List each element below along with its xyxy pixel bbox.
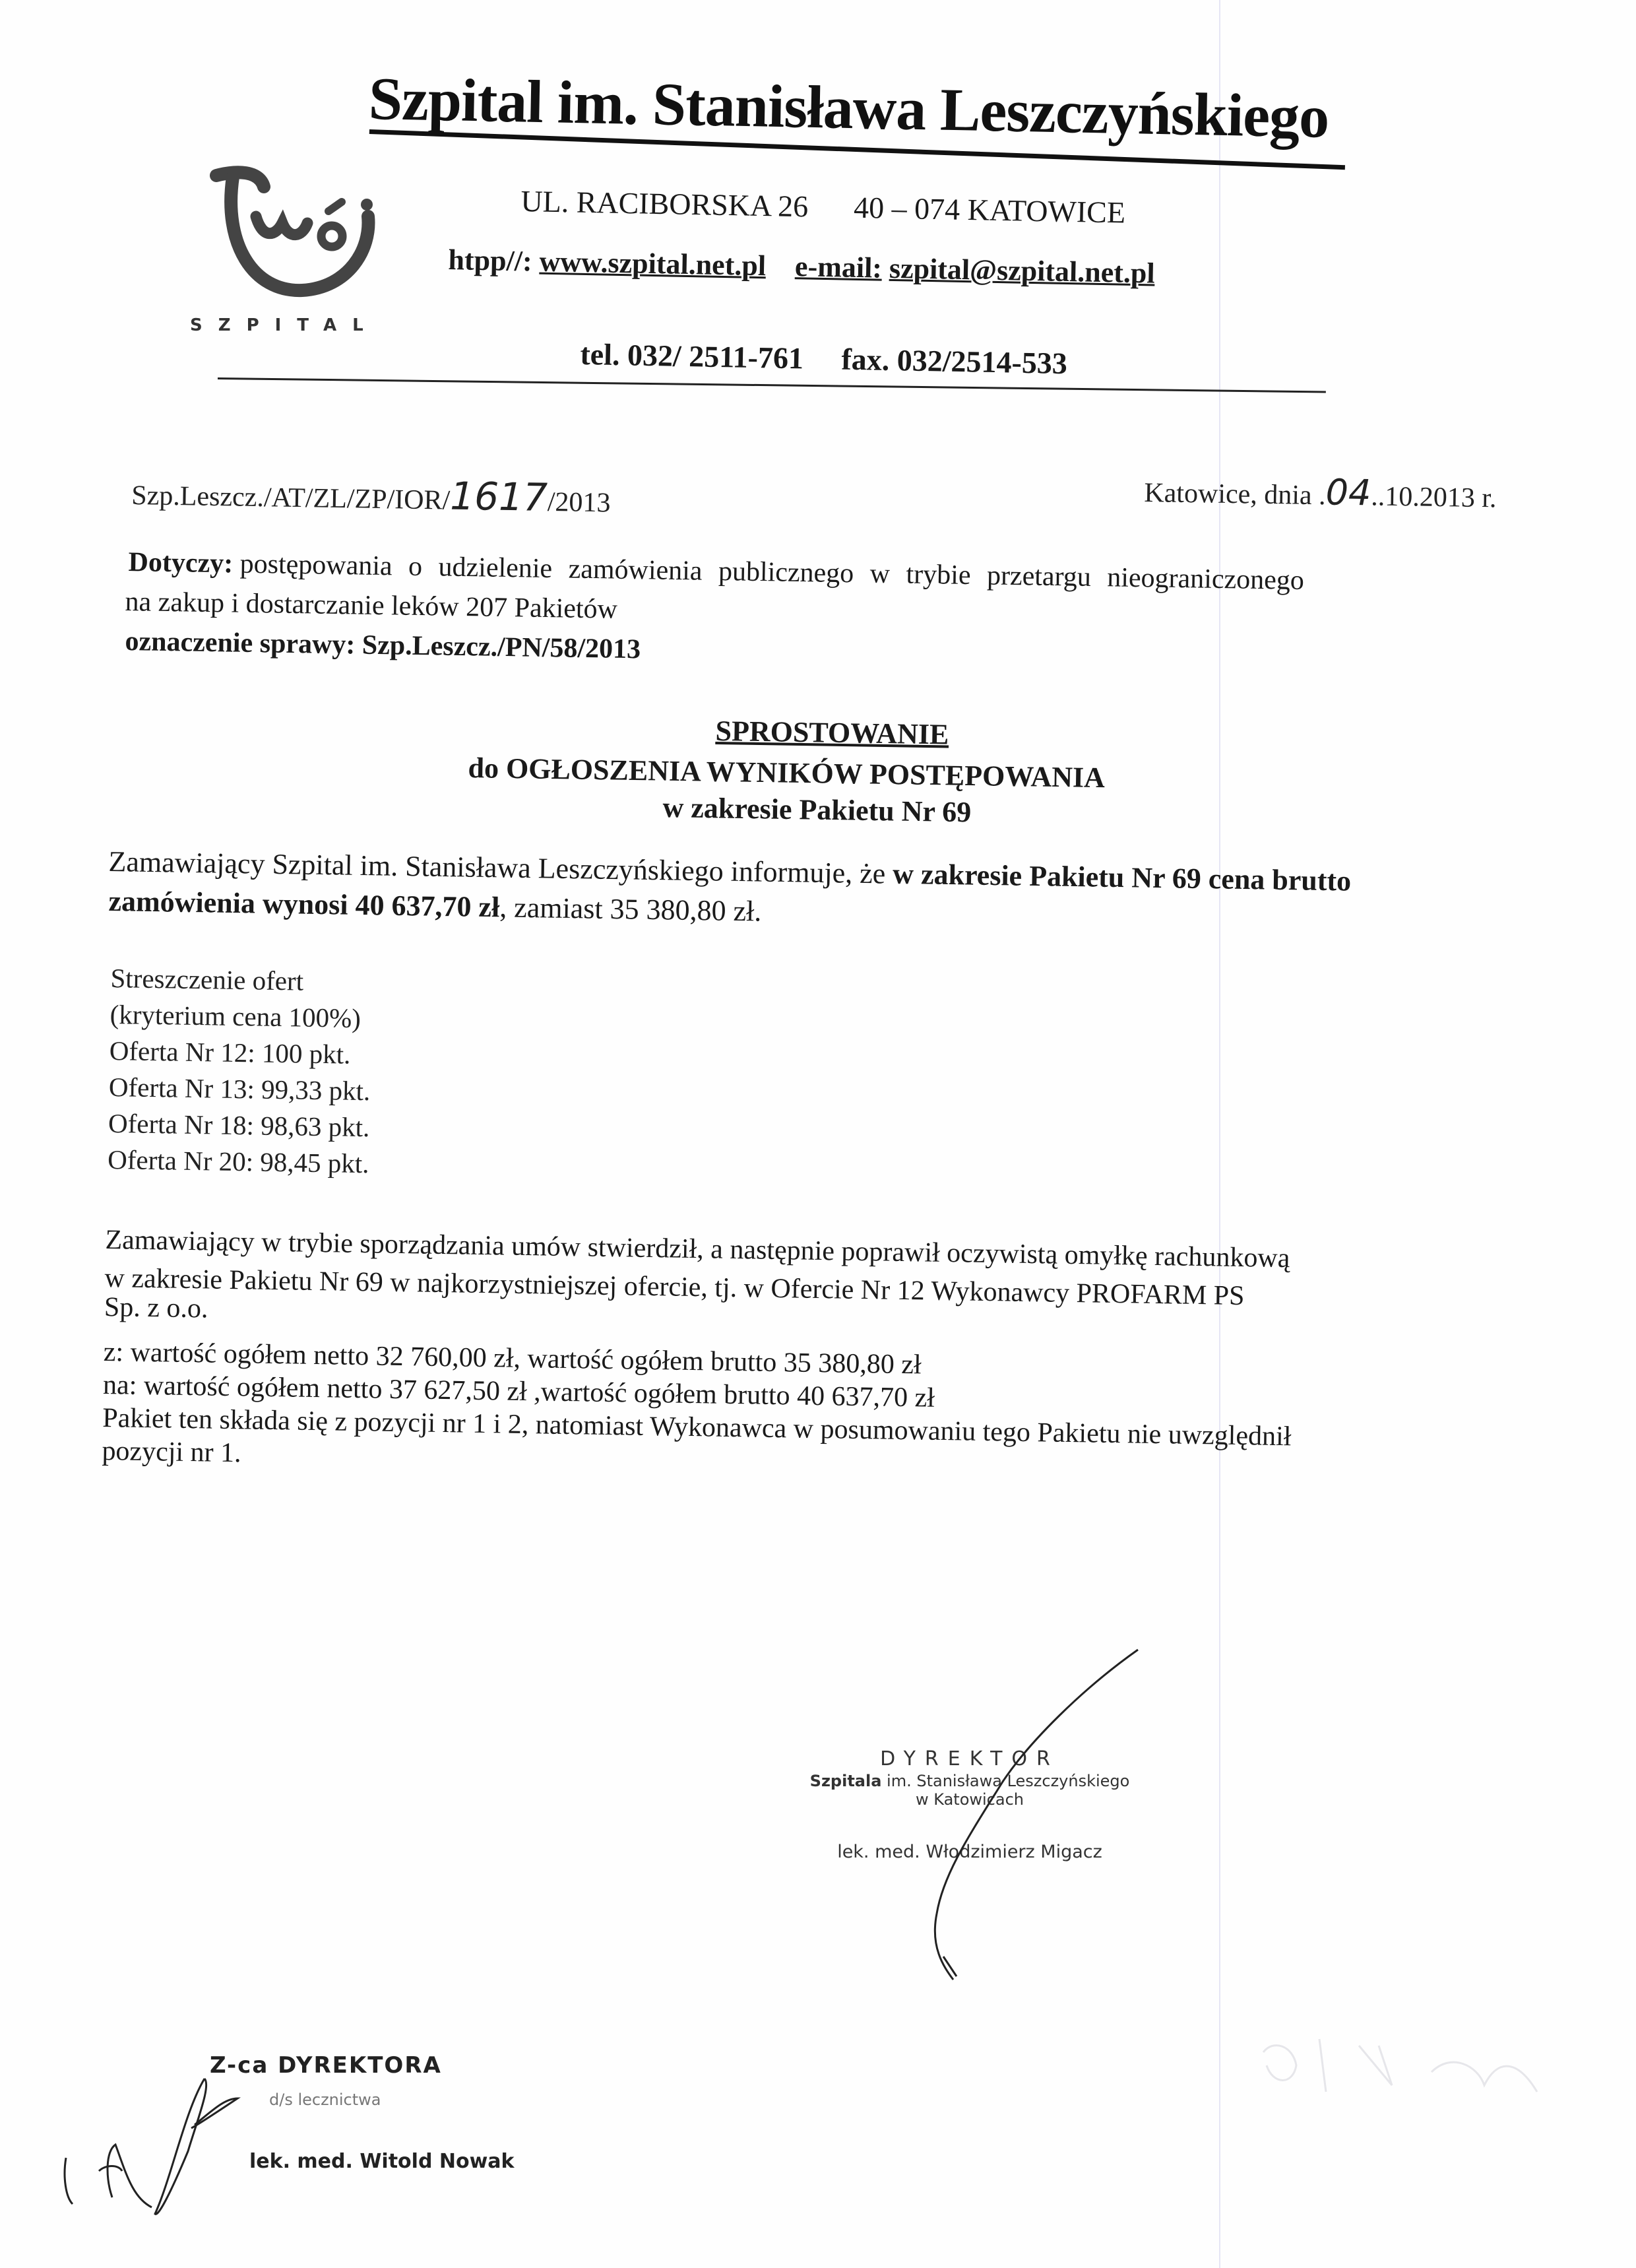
correction-bold-2: zamówienia wynosi 40 637,70 zł bbox=[108, 885, 499, 923]
deputy-name: lek. med. Witold Nowak bbox=[249, 2150, 515, 2173]
phone-fax: tel. 032/ 2511-761 fax. 032/2514-533 bbox=[580, 337, 1067, 381]
document-title: SPROSTOWANIE bbox=[715, 714, 949, 752]
date-prefix: Katowice, dnia . bbox=[1144, 478, 1326, 511]
offers-heading: Streszczenie ofert bbox=[110, 960, 372, 1000]
offer-item: Oferta Nr 18: 98,63 pkt. bbox=[108, 1105, 370, 1146]
case-label: oznaczenie sprawy: bbox=[125, 626, 355, 660]
correction-paragraph-line2: zamówienia wynosi 40 637,70 zł, zamiast … bbox=[108, 884, 762, 928]
case-reference: oznaczenie sprawy: Szp.Leszcz./PN/58/201… bbox=[125, 626, 641, 665]
street: UL. RACIBORSKA 26 bbox=[520, 184, 809, 223]
logo-wordmark: SZPITAL bbox=[190, 315, 379, 335]
web-label: htpp//: bbox=[448, 243, 532, 277]
director-title: DYREKTOR bbox=[765, 1747, 1174, 1770]
subject-label: Dotyczy: bbox=[128, 547, 233, 579]
telephone: tel. 032/ 2511-761 bbox=[580, 337, 803, 375]
header-divider bbox=[218, 377, 1326, 393]
hospital-logo: SZPITAL bbox=[190, 150, 401, 348]
org-bold: Szpitala bbox=[810, 1772, 882, 1790]
reference-number: Szp.Leszcz./AT/ZL/ZP/IOR/1617/2013 bbox=[131, 469, 611, 521]
scanned-letter: Szpital im. Stanisława Leszczyńskiego SZ… bbox=[0, 0, 1636, 2268]
fax: fax. 032/2514-533 bbox=[841, 342, 1067, 381]
correction-rest: , zamiast 35 380,80 zł. bbox=[499, 891, 762, 927]
error-correction-paragraph: Zamawiający w trybie sporządzania umów s… bbox=[102, 1221, 1294, 1489]
offers-criterion: (kryterium cena 100%) bbox=[110, 996, 371, 1037]
deputy-director-stamp: Z-ca DYREKTORA d/s lecznictwa lek. med. … bbox=[210, 2052, 515, 2173]
letter-date: Katowice, dnia .04..10.2013 r. bbox=[1144, 469, 1497, 515]
document-subtitle: do OGŁOSZENIA WYNIKÓW POSTĘPOWANIA bbox=[468, 751, 1105, 794]
correction-bold-1: w zakresie Pakietu Nr 69 cena brutto bbox=[893, 858, 1352, 897]
deputy-subtitle: d/s lecznictwa bbox=[269, 2090, 515, 2109]
offer-item: Oferta Nr 12: 100 pkt. bbox=[109, 1033, 371, 1073]
subject-text: postępowania o udzielenie zamówienia pub… bbox=[239, 549, 1304, 596]
subject-line-2: na zakup i dostarczanie leków 207 Pakiet… bbox=[125, 586, 617, 626]
handwritten-day: 04 bbox=[1325, 471, 1371, 513]
correction-intro: Zamawiający Szpital im. Stanisława Leszc… bbox=[108, 845, 893, 890]
director-organization: Szpitala im. Stanisława Leszczyńskiego bbox=[765, 1772, 1174, 1790]
document-scope: w zakresie Pakietu Nr 69 bbox=[662, 791, 971, 829]
faint-bleed-through-signature-icon bbox=[1263, 2039, 1537, 2092]
email-label: e-mail: bbox=[795, 250, 883, 284]
offer-item: Oferta Nr 13: 99,33 pkt. bbox=[109, 1069, 371, 1109]
case-number: Szp.Leszcz./PN/58/2013 bbox=[362, 630, 641, 665]
reference-prefix: Szp.Leszcz./AT/ZL/ZP/IOR/ bbox=[131, 480, 451, 516]
website-link[interactable]: www.szpital.net.pl bbox=[539, 245, 766, 282]
director-stamp: DYREKTOR Szpitala im. Stanisława Leszczy… bbox=[765, 1747, 1174, 1862]
offers-summary: Streszczenie ofert (kryterium cena 100%)… bbox=[108, 960, 372, 1182]
org-rest: im. Stanisława Leszczyńskiego bbox=[881, 1772, 1129, 1790]
scan-fold-line bbox=[1219, 0, 1220, 2268]
offer-item: Oferta Nr 20: 98,45 pkt. bbox=[108, 1142, 369, 1182]
director-name: lek. med. Włodzimierz Migacz bbox=[765, 1842, 1174, 1862]
deputy-title: Z-ca DYREKTORA bbox=[210, 2052, 515, 2079]
postal-city: 40 – 074 KATOWICE bbox=[854, 191, 1126, 230]
handwritten-reference: 1617 bbox=[450, 474, 548, 520]
twoj-logo-icon bbox=[190, 150, 401, 309]
reference-suffix: /2013 bbox=[547, 487, 610, 518]
date-suffix: ..10.2013 r. bbox=[1371, 481, 1497, 513]
director-city: w Katowicach bbox=[765, 1790, 1174, 1809]
email-link[interactable]: szpital@szpital.net.pl bbox=[889, 252, 1156, 290]
web-contacts: htpp//: www.szpital.net.pl e-mail: szpit… bbox=[448, 243, 1155, 290]
address: UL. RACIBORSKA 26 40 – 074 KATOWICE bbox=[520, 183, 1125, 230]
